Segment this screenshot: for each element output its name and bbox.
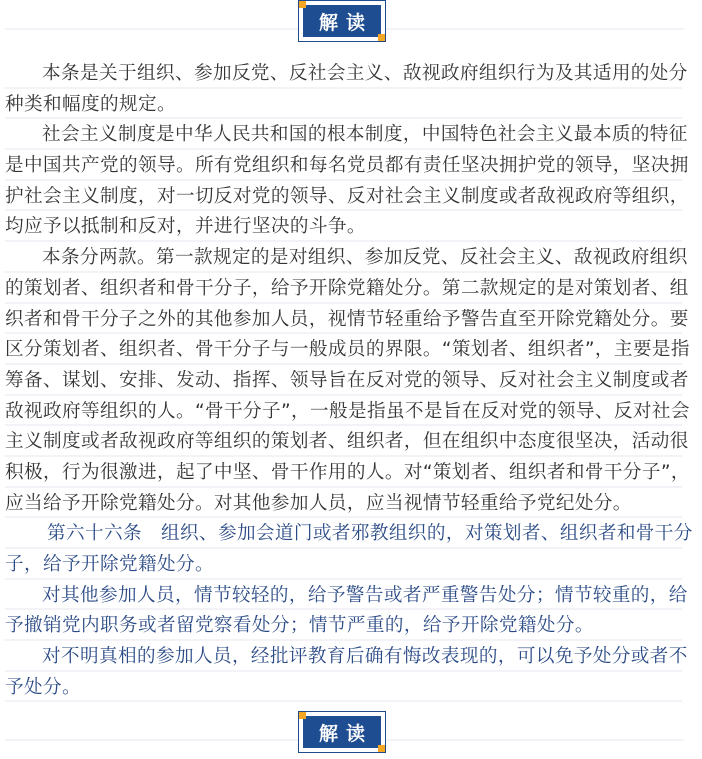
interpretation-badge: 解读	[298, 0, 386, 42]
badge-label: 解读	[303, 5, 381, 37]
corner-accent-top-left	[299, 712, 306, 719]
text-line: 均应予以抵制和反对，并进行坚决的斗争。	[5, 212, 682, 243]
text-line: 筹备、谋划、安排、发动、指挥、领导旨在反对党的领导、反对社会主义制度或者	[5, 366, 682, 397]
badge-label: 解读	[303, 716, 381, 748]
text-line: 予处分。	[5, 673, 682, 704]
corner-accent-top-left	[299, 1, 306, 8]
interpretation-badge: 解读	[298, 711, 386, 753]
text-line: 子，给予开除党籍处分。	[5, 550, 682, 581]
top-interpretation-header: 解读	[0, 0, 702, 44]
text-line: 本条分两款。第一款规定的是对组织、参加反党、反社会主义、敌视政府组织	[5, 243, 682, 274]
bottom-interpretation-header: 解读	[0, 711, 702, 755]
text-line: 种类和幅度的规定。	[5, 90, 682, 121]
text-line: 本条是关于组织、参加反党、反社会主义、敌视政府组织行为及其适用的处分	[5, 59, 682, 90]
text-line: 主义制度或者敌视政府等组织的策划者、组织者，但在组织中态度很坚决，活动很	[5, 427, 682, 458]
corner-accent-bottom-right	[378, 745, 385, 752]
article-body: 本条是关于组织、参加反党、反社会主义、敌视政府组织行为及其适用的处分 种类和幅度…	[5, 59, 682, 703]
text-line: 第六十六条 组织、参加会道门或者邪教组织的，对策划者、组织者和骨干分	[5, 519, 682, 550]
text-line: 积极，行为很激进，起了中坚、骨干作用的人。对“策划者、组织者和骨干分子”，	[5, 458, 682, 489]
interpretation-section: 本条是关于组织、参加反党、反社会主义、敌视政府组织行为及其适用的处分 种类和幅度…	[5, 59, 682, 519]
text-line: 是中国共产党的领导。所有党组织和每名党员都有责任坚决拥护党的领导，坚决拥	[5, 151, 682, 182]
text-line: 区分策划者、组织者、骨干分子与一般成员的界限。“策划者、组织者”，主要是指	[5, 335, 682, 366]
text-line: 对其他参加人员，情节较轻的，给予警告或者严重警告处分；情节较重的，给	[5, 581, 682, 612]
text-line: 社会主义制度是中华人民共和国的根本制度，中国特色社会主义最本质的特征	[5, 120, 682, 151]
text-line: 对不明真相的参加人员，经批评教育后确有悔改表现的，可以免予处分或者不	[5, 642, 682, 673]
text-line: 护社会主义制度，对一切反对党的领导、反对社会主义制度或者敌视政府等组织，	[5, 182, 682, 213]
text-line: 的策划者、组织者和骨干分子，给予开除党籍处分。第二款规定的是对策划者、组	[5, 274, 682, 305]
text-line: 应当给予开除党籍处分。对其他参加人员，应当视情节轻重给予党纪处分。	[5, 489, 682, 520]
text-line: 予撤销党内职务或者留党察看处分；情节严重的，给予开除党籍处分。	[5, 611, 682, 642]
corner-accent-bottom-right	[378, 34, 385, 41]
text-line: 织者和骨干分子之外的其他参加人员，视情节轻重给予警告直至开除党籍处分。要	[5, 305, 682, 336]
article-66-section: 第六十六条 组织、参加会道门或者邪教组织的，对策划者、组织者和骨干分 子，给予开…	[5, 519, 682, 703]
text-line: 敌视政府等组织的人。“骨干分子”，一般是指虽不是旨在反对党的领导、反对社会	[5, 397, 682, 428]
